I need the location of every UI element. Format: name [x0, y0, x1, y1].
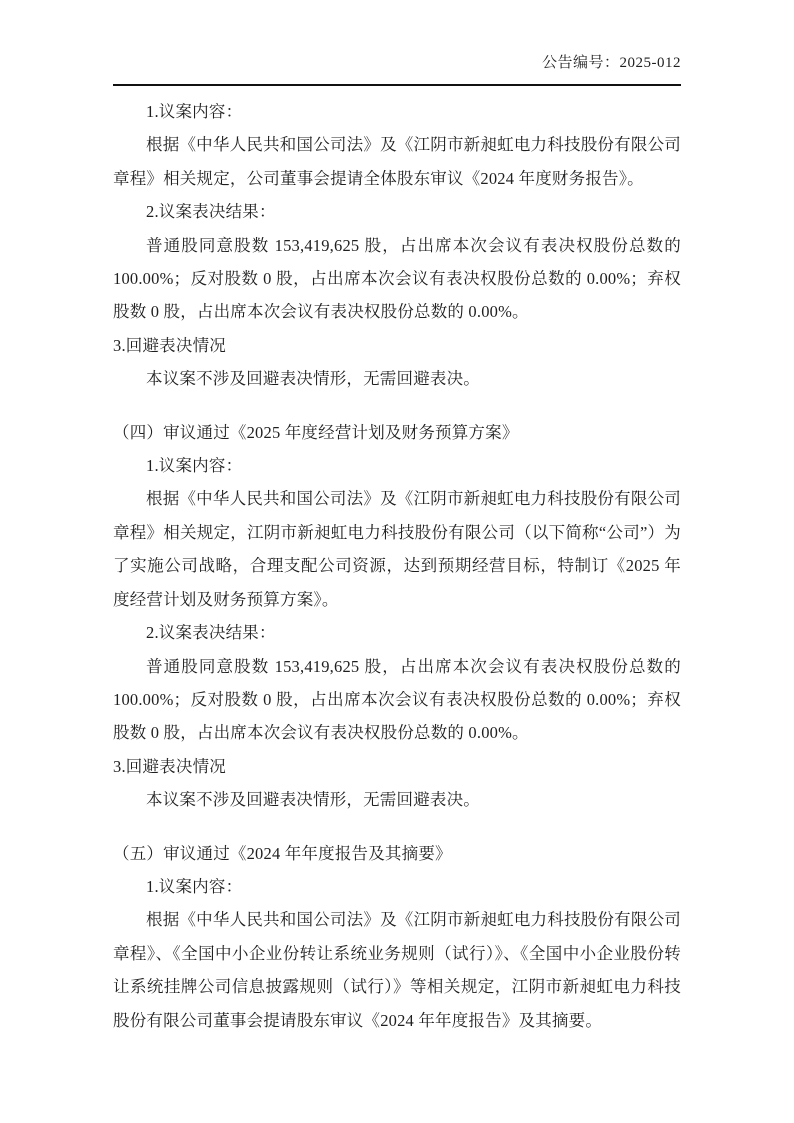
- section-heading: （五）审议通过《2024 年年度报告及其摘要》: [113, 837, 681, 870]
- paragraph: 1.议案内容：: [113, 95, 681, 128]
- announcement-number: 公告编号：2025-012: [542, 51, 681, 72]
- paragraph: 3.回避表决情况: [113, 750, 681, 783]
- paragraph: 普通股同意股数 153,419,625 股，占出席本次会议有表决权股份总数的 1…: [113, 650, 681, 750]
- paragraph: 1.议案内容：: [113, 449, 681, 482]
- document-page: 公告编号：2025-012 1.议案内容：根据《中华人民共和国公司法》及《江阴市…: [0, 0, 794, 1123]
- section-heading: （四）审议通过《2025 年度经营计划及财务预算方案》: [113, 416, 681, 449]
- paragraph: 根据《中华人民共和国公司法》及《江阴市新昶虹电力科技股份有限公司章程》、《全国中…: [113, 903, 681, 1037]
- paragraph: 根据《中华人民共和国公司法》及《江阴市新昶虹电力科技股份有限公司章程》相关规定，…: [113, 128, 681, 195]
- paragraph: 1.议案内容：: [113, 870, 681, 903]
- header-divider: [113, 84, 681, 86]
- paragraph: 本议案不涉及回避表决情形，无需回避表决。: [113, 783, 681, 816]
- paragraph: 2.议案表决结果：: [113, 616, 681, 649]
- paragraph: 本议案不涉及回避表决情形，无需回避表决。: [113, 362, 681, 395]
- paragraph: 2.议案表决结果：: [113, 195, 681, 228]
- paragraph: 3.回避表决情况: [113, 329, 681, 362]
- document-body: 1.议案内容：根据《中华人民共和国公司法》及《江阴市新昶虹电力科技股份有限公司章…: [113, 95, 681, 1037]
- paragraph: 普通股同意股数 153,419,625 股，占出席本次会议有表决权股份总数的 1…: [113, 229, 681, 329]
- paragraph: 根据《中华人民共和国公司法》及《江阴市新昶虹电力科技股份有限公司章程》相关规定，…: [113, 482, 681, 616]
